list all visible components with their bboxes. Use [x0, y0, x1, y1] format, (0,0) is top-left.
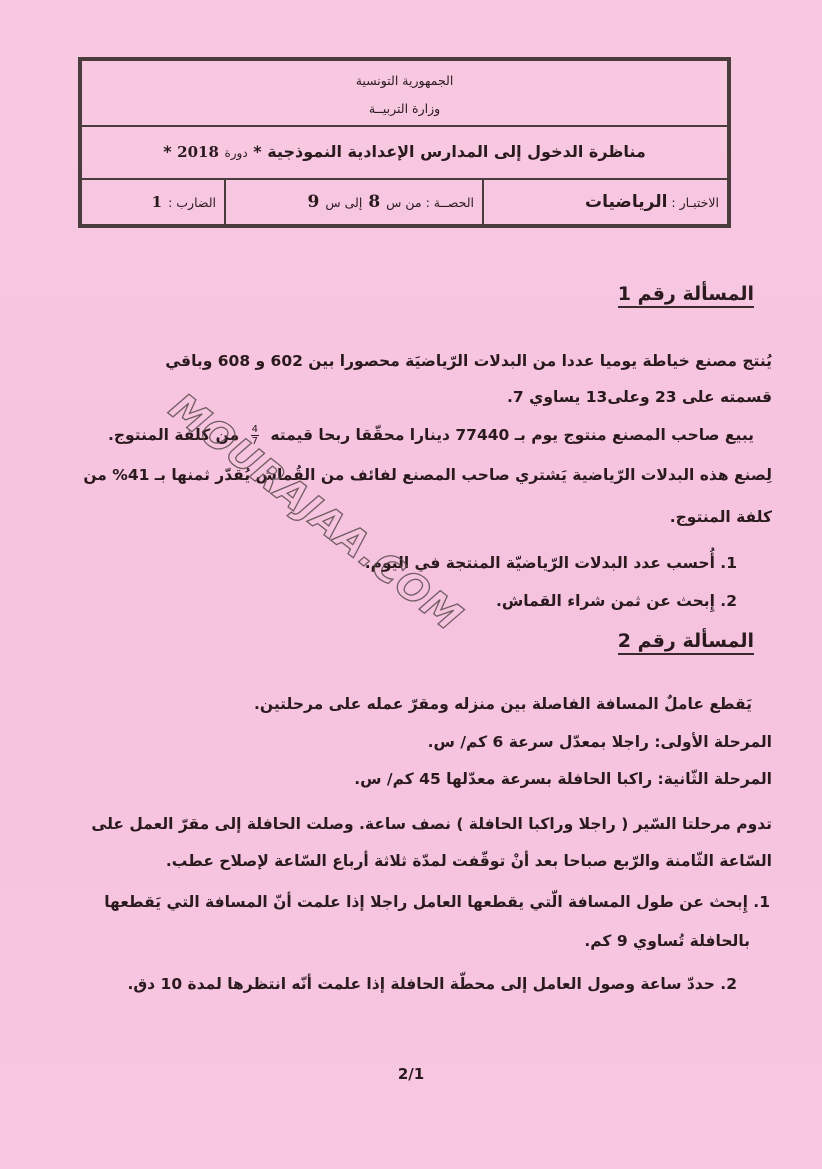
problem2-line-4: تدوم مرحلتا السّير ( راجلا وراكبا الحافل… — [91, 815, 772, 833]
session-to-label: إلى س — [325, 195, 362, 210]
problem1-title: المسألة رقم 1 — [618, 283, 754, 308]
problem1-line-1: يُنتج مصنع خياطة يوميا عددا من البدلات ا… — [165, 352, 772, 370]
coefficient-cell: الضارب : 1 — [82, 180, 224, 224]
problem1-question-2: 2. إِبحث عن ثمن شراء القماش. — [496, 592, 737, 610]
session-label: الحصــة : من س — [386, 195, 474, 210]
session-from: 8 — [368, 192, 380, 212]
coefficient-label: الضارب : — [168, 195, 216, 210]
ministry-name: وزارة التربيــة — [82, 101, 727, 116]
header-institution-row: الجمهورية التونسية وزارة التربيــة — [82, 61, 727, 127]
problem2-line-5: السّاعة الثّامنة والرّبع صباحا بعد أنْ ت… — [166, 852, 772, 870]
exam-title-text: مناظرة الدخول إلى المدارس الإعدادية النم… — [253, 142, 646, 161]
problem1-line-2: قسمته على 23 وعلى13 يساوي 7. — [507, 388, 772, 406]
problem1-line-5: كلفة المنتوج. — [670, 508, 772, 526]
problem2-heading: المسألة رقم 2 — [618, 630, 754, 652]
session-word: دورة — [224, 146, 247, 160]
title-end-star: * — [163, 142, 171, 161]
problem1-heading: المسألة رقم 1 — [618, 283, 754, 305]
problem2-line-1: يَقطع عاملٌ المسافة الفاصلة بين منزله وم… — [254, 695, 752, 713]
problem2-line-3: المرحلة الثّانية: راكبا الحافلة بسرعة مع… — [354, 770, 772, 788]
coefficient-value: 1 — [152, 193, 162, 211]
problem2-question-1: 1. إِبحث عن طول المسافة الّتي يقطعها الع… — [104, 893, 770, 911]
exam-title: مناظرة الدخول إلى المدارس الإعدادية النم… — [82, 142, 727, 161]
problem2-question-2: 2. حددّ ساعة وصول العامل إلى محطّة الحاف… — [127, 975, 737, 993]
country-name: الجمهورية التونسية — [82, 73, 727, 88]
problem1-line-4: لِصنع هذه البدلات الرّياضية يَشتري صاحب … — [83, 466, 772, 484]
watermark: MOURAJAA.COM — [161, 385, 470, 640]
subject-label: الاختبـار : — [671, 195, 719, 210]
session-to: 9 — [308, 192, 320, 212]
subject-cell: الاختبـار : الرياضيات — [482, 180, 727, 224]
exam-header-box: الجمهورية التونسية وزارة التربيــة مناظر… — [78, 57, 731, 228]
problem2-question-1-cont: بالحافلة تُساوي 9 كم. — [584, 932, 750, 950]
problem2-title: المسألة رقم 2 — [618, 630, 754, 655]
problem1-line-3-text: يبيع صاحب المصنع منتوج يوم بـ 77440 دينا… — [270, 426, 754, 444]
exam-year: 2018 — [177, 143, 219, 161]
subject-value: الرياضيات — [585, 192, 667, 212]
session-cell: الحصــة : من س 8 إلى س 9 — [224, 180, 482, 224]
problem2-line-2: المرحلة الأولى: راجلا بمعدّل سرعة 6 كم/ … — [428, 733, 772, 751]
page-number: 2/1 — [0, 1065, 822, 1083]
exam-page: الجمهورية التونسية وزارة التربيــة مناظر… — [0, 0, 822, 1169]
header-info-row: الاختبـار : الرياضيات الحصــة : من س 8 إ… — [82, 180, 727, 224]
header-title-row: مناظرة الدخول إلى المدارس الإعدادية النم… — [82, 127, 727, 180]
